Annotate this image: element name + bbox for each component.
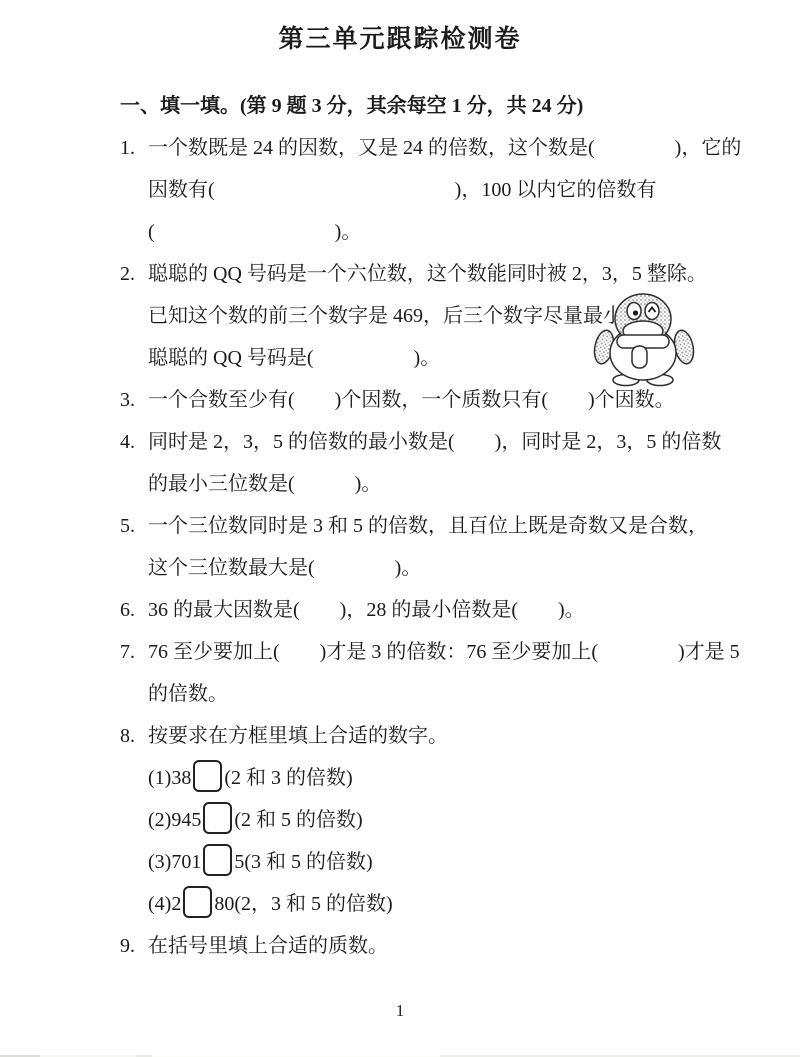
question-7-number: 7.	[120, 631, 148, 673]
question-6-number: 6.	[120, 589, 148, 631]
section-heading: 一、填一填。(第 9 题 3 分，其余每空 1 分，共 24 分)	[120, 85, 720, 127]
fill-box-3	[203, 844, 232, 876]
question-7-line-1: 7.76 至少要加上( )才是 3 的倍数：76 至少要加上( )才是 5	[120, 631, 720, 673]
question-4-text: 同时是 2，3，5 的倍数的最小数是( )，同时是 2，3，5 的倍数	[148, 431, 721, 453]
worksheet-content: 一、填一填。(第 9 题 3 分，其余每空 1 分，共 24 分) 1.一个数既…	[0, 85, 800, 967]
question-3-text: 一个合数至少有( )个因数，一个质数只有( )个因数。	[148, 389, 675, 411]
question-1-text: 一个数既是 24 的因数，又是 24 的倍数，这个数是( )，它的	[148, 137, 741, 159]
item-3-post: 5(3 和 5 的倍数)	[234, 851, 372, 873]
question-9-number: 9.	[120, 925, 148, 967]
fill-box-4	[183, 886, 212, 918]
question-8-item-1: (1)38(2 和 3 的倍数)	[120, 757, 720, 799]
item-4-post: 80(2，3 和 5 的倍数)	[214, 893, 392, 915]
question-5-number: 5.	[120, 505, 148, 547]
item-1-pre: (1)38	[148, 767, 191, 789]
question-1-line-1: 1.一个数既是 24 的因数，又是 24 的倍数，这个数是( )，它的	[120, 127, 720, 169]
question-8-item-3: (3)7015(3 和 5 的倍数)	[120, 841, 720, 883]
item-3-pre: (3)701	[148, 851, 201, 873]
question-1-line-3: ( )。	[120, 211, 720, 253]
question-1-number: 1.	[120, 127, 148, 169]
question-1-line-2: 因数有( )，100 以内它的倍数有	[120, 169, 720, 211]
page-title: 第三单元跟踪检测卷	[0, 0, 800, 56]
question-8-line-1: 8.按要求在方框里填上合适的数字。	[120, 715, 720, 757]
question-8-item-2: (2)945(2 和 5 的倍数)	[120, 799, 720, 841]
question-8-text: 按要求在方框里填上合适的数字。	[148, 725, 448, 747]
item-2-post: (2 和 5 的倍数)	[234, 809, 362, 831]
question-6-text: 36 的最大因数是( )，28 的最小倍数是( )。	[148, 599, 585, 621]
question-2-line-1: 2.聪聪的 QQ 号码是一个六位数，这个数能同时被 2，3，5 整除。	[120, 253, 720, 295]
question-6-line-1: 6.36 的最大因数是( )，28 的最小倍数是( )。	[120, 589, 720, 631]
item-2-pre: (2)945	[148, 809, 201, 831]
question-5-text: 一个三位数同时是 3 和 5 的倍数，且百位上既是奇数又是合数，	[148, 515, 708, 537]
question-2-number: 2.	[120, 253, 148, 295]
page-number: 1	[0, 1001, 800, 1021]
question-4-line-2: 的最小三位数是( )。	[120, 463, 720, 505]
question-2-text: 聪聪的 QQ 号码是一个六位数，这个数能同时被 2，3，5 整除。	[148, 263, 707, 285]
question-3-number: 3.	[120, 379, 148, 421]
worksheet-page: 第三单元跟踪检测卷 一、填一填。(第 9 题 3 分，其余每空 1 分，共 24…	[0, 0, 800, 1057]
question-7-line-2: 的倍数。	[120, 673, 720, 715]
item-1-post: (2 和 3 的倍数)	[224, 767, 352, 789]
question-8-item-4: (4)280(2，3 和 5 的倍数)	[120, 883, 720, 925]
question-9-line-1: 9.在括号里填上合适的质数。	[120, 925, 720, 967]
question-4-number: 4.	[120, 421, 148, 463]
question-5-line-1: 5.一个三位数同时是 3 和 5 的倍数，且百位上既是奇数又是合数，	[120, 505, 720, 547]
question-7-text: 76 至少要加上( )才是 3 的倍数：76 至少要加上( )才是 5	[148, 641, 740, 663]
item-4-pre: (4)2	[148, 893, 181, 915]
question-5-line-2: 这个三位数最大是( )。	[120, 547, 720, 589]
question-9-text: 在括号里填上合适的质数。	[148, 935, 388, 957]
qq-penguin-icon	[588, 291, 700, 387]
fill-box-2	[203, 802, 232, 834]
question-8-number: 8.	[120, 715, 148, 757]
question-4-line-1: 4.同时是 2，3，5 的倍数的最小数是( )，同时是 2，3，5 的倍数	[120, 421, 720, 463]
fill-box-1	[193, 760, 222, 792]
